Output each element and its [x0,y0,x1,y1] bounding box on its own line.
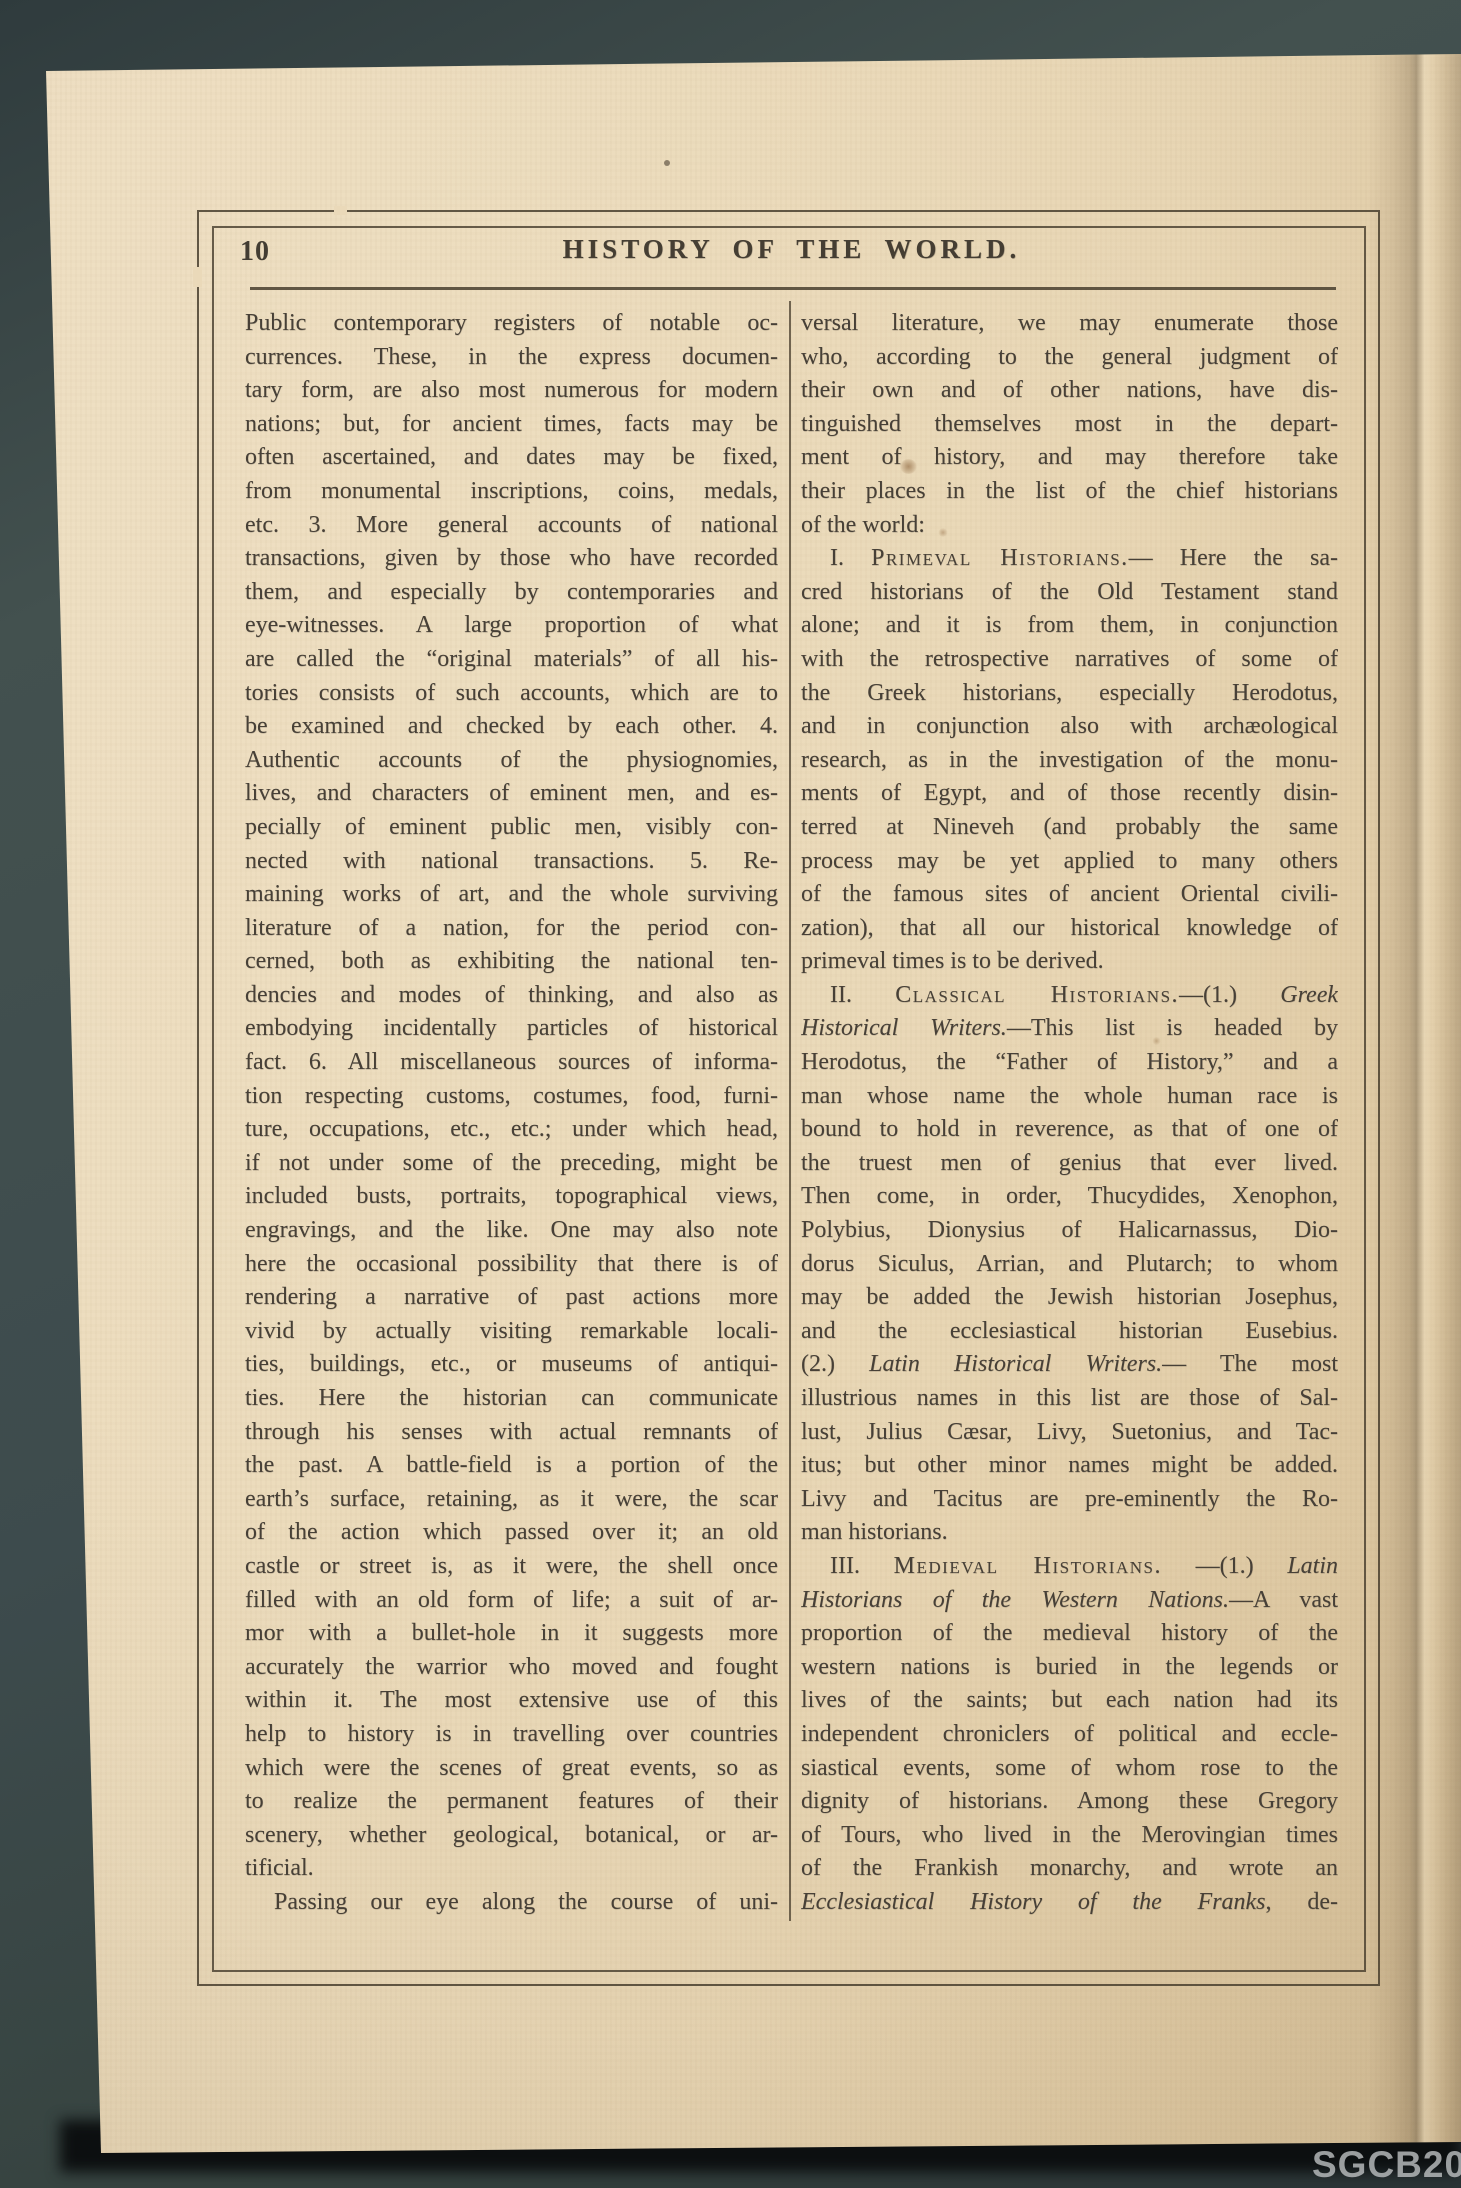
text-line: with the retrospective narratives of som… [801,643,1338,677]
text-line: tinguished themselves most in the depart… [801,408,1338,442]
text-line: versal literature, we may enumerate thos… [801,307,1338,341]
text-line: Public contemporary registers of notable… [245,307,778,341]
running-title: HISTORY OF THE WORLD. [245,234,1338,265]
text-line: be examined and checked by each other. 4… [245,710,778,744]
text-line: may be added the Jewish historian Joseph… [801,1281,1338,1315]
text-line: embodying incidentally particles of hist… [245,1012,778,1046]
text-line: their places in the list of the chief hi… [801,475,1338,509]
text-line: siastical events, some of whom rose to t… [801,1752,1338,1786]
text-line: of the Frankish monarchy, and wrote an [801,1852,1338,1886]
text-line: their own and of other nations, have dis… [801,374,1338,408]
text-line: to realize the permanent features of the… [245,1785,778,1819]
text-line: Passing our eye along the course of uni- [245,1886,778,1920]
text-line: (2.) Latin Historical Writers.— The most [801,1348,1338,1382]
text-column-right: versal literature, we may enumerate thos… [801,307,1338,1920]
text-line: independent chroniclers of political and… [801,1718,1338,1752]
text-line: Ecclesiastical History of the Franks, de… [801,1886,1338,1920]
text-line: Historical Writers.—This list is headed … [801,1012,1338,1046]
text-line: and the ecclesiastical historian Eusebiu… [801,1315,1338,1349]
text-line: tories consists of such accounts, which … [245,677,778,711]
text-line: Livy and Tacitus are pre-eminently the R… [801,1483,1338,1517]
text-line: itus; but other minor names might be add… [801,1449,1338,1483]
ink-speck [664,160,670,166]
text-line: the truest men of genius that ever lived… [801,1147,1338,1181]
text-line: mor with a bullet-hole in it suggests mo… [245,1617,778,1651]
text-line: cred historians of the Old Testament sta… [801,576,1338,610]
text-line: illustrious names in this list are those… [801,1382,1338,1416]
text-line: research, as in the investigation of the… [801,744,1338,778]
text-line: of the world: [801,509,1338,543]
text-line: literature of a nation, for the period c… [245,912,778,946]
text-line: castle or street is, as it were, the she… [245,1550,778,1584]
text-line: etc. 3. More general accounts of nationa… [245,509,778,543]
text-line: III. Medieval Historians. —(1.) Latin [801,1550,1338,1584]
text-line: nected with national transactions. 5. Re… [245,845,778,879]
text-line: maining works of art, and the whole surv… [245,878,778,912]
text-line: fact. 6. All miscellaneous sources of in… [245,1046,778,1080]
text-line: lust, Julius Cæsar, Livy, Suetonius, and… [801,1416,1338,1450]
text-line: alone; and it is from them, in conjuncti… [801,609,1338,643]
text-line: tion respecting customs, costumes, food,… [245,1080,778,1114]
frame-print-gap [334,206,347,215]
text-line: engravings, and the like. One may also n… [245,1214,778,1248]
text-line: from monumental inscriptions, coins, med… [245,475,778,509]
text-line: II. Classical Historians.—(1.) Greek [801,979,1338,1013]
text-line: ments of Egypt, and of those recently di… [801,777,1338,811]
text-line: I. Primeval Historians.— Here the sa- [801,542,1338,576]
text-line: are called the “original materials” of a… [245,643,778,677]
text-line: of the action which passed over it; an o… [245,1516,778,1550]
text-line: of Tours, who lived in the Merovingian t… [801,1819,1338,1853]
text-line: man whose name the whole human race is [801,1080,1338,1114]
text-line: eye-witnesses. A large proportion of wha… [245,609,778,643]
text-line: Then come, in order, Thucydides, Xenopho… [801,1180,1338,1214]
text-line: Herodotus, the “Father of History,” and … [801,1046,1338,1080]
text-line: accurately the warrior who moved and fou… [245,1651,778,1685]
text-line: lives, and characters of eminent men, an… [245,777,778,811]
text-column-left: Public contemporary registers of notable… [245,307,778,1920]
text-line: nations; but, for ancient times, facts m… [245,408,778,442]
text-line: man historians. [801,1516,1338,1550]
text-line: dorus Siculus, Arrian, and Plutarch; to … [801,1248,1338,1282]
text-line: which were the scenes of great events, s… [245,1752,778,1786]
text-line: terred at Nineveh (and probably the same [801,811,1338,845]
text-line: Historians of the Western Nations.—A vas… [801,1584,1338,1618]
text-line: primeval times is to be derived. [801,945,1338,979]
text-line: tificial. [245,1852,778,1886]
text-line: here the occasional possibility that the… [245,1248,778,1282]
text-line: currences. These, in the express documen… [245,341,778,375]
text-line: them, and especially by contemporaries a… [245,576,778,610]
text-line: tary form, are also most numerous for mo… [245,374,778,408]
header-rule [250,287,1336,290]
text-line: filled with an old form of life; a suit … [245,1584,778,1618]
text-line: of the famous sites of ancient Oriental … [801,878,1338,912]
text-line: help to history is in travelling over co… [245,1718,778,1752]
text-line: ties. Here the historian can communicate [245,1382,778,1416]
text-line: who, according to the general judgment o… [801,341,1338,375]
text-line: Polybius, Dionysius of Halicarnassus, Di… [801,1214,1338,1248]
frame-print-gap [193,267,202,287]
text-line: dignity of historians. Among these Grego… [801,1785,1338,1819]
text-line: pecially of eminent public men, visibly … [245,811,778,845]
text-line: lives of the saints; but each nation had… [801,1684,1338,1718]
text-line: ties, buildings, etc., or museums of ant… [245,1348,778,1382]
text-line: Authentic accounts of the physiognomies, [245,744,778,778]
page-fold-gutter [1368,0,1461,2188]
text-line: often ascertained, and dates may be fixe… [245,441,778,475]
watermark: SGCB2021 [1312,2144,1461,2186]
text-line: western nations is buried in the legends… [801,1651,1338,1685]
book-scan-page: 10 HISTORY OF THE WORLD. Public contempo… [0,0,1461,2188]
text-line: bound to hold in reverence, as that of o… [801,1113,1338,1147]
text-line: cerned, both as exhibiting the national … [245,945,778,979]
text-line: transactions, given by those who have re… [245,542,778,576]
text-line: process may be yet applied to many other… [801,845,1338,879]
text-line: within it. The most extensive use of thi… [245,1684,778,1718]
text-line: vivid by actually visiting remarkable lo… [245,1315,778,1349]
text-line: and in conjunction also with archæologic… [801,710,1338,744]
text-line: ment of history, and may therefore take [801,441,1338,475]
text-line: scenery, whether geological, botanical, … [245,1819,778,1853]
text-line: zation), that all our historical knowled… [801,912,1338,946]
text-line: rendering a narrative of past actions mo… [245,1281,778,1315]
book-page: 10 HISTORY OF THE WORLD. Public contempo… [0,0,1461,2188]
text-line: the Greek historians, especially Herodot… [801,677,1338,711]
text-line: proportion of the medieval history of th… [801,1617,1338,1651]
text-line: the past. A battle-field is a portion of… [245,1449,778,1483]
column-divider [789,301,791,1921]
text-line: earth’s surface, retaining, as it were, … [245,1483,778,1517]
text-line: dencies and modes of thinking, and also … [245,979,778,1013]
text-line: included busts, portraits, topographical… [245,1180,778,1214]
text-line: through his senses with actual remnants … [245,1416,778,1450]
text-line: ture, occupations, etc., etc.; under whi… [245,1113,778,1147]
text-line: if not under some of the preceding, migh… [245,1147,778,1181]
